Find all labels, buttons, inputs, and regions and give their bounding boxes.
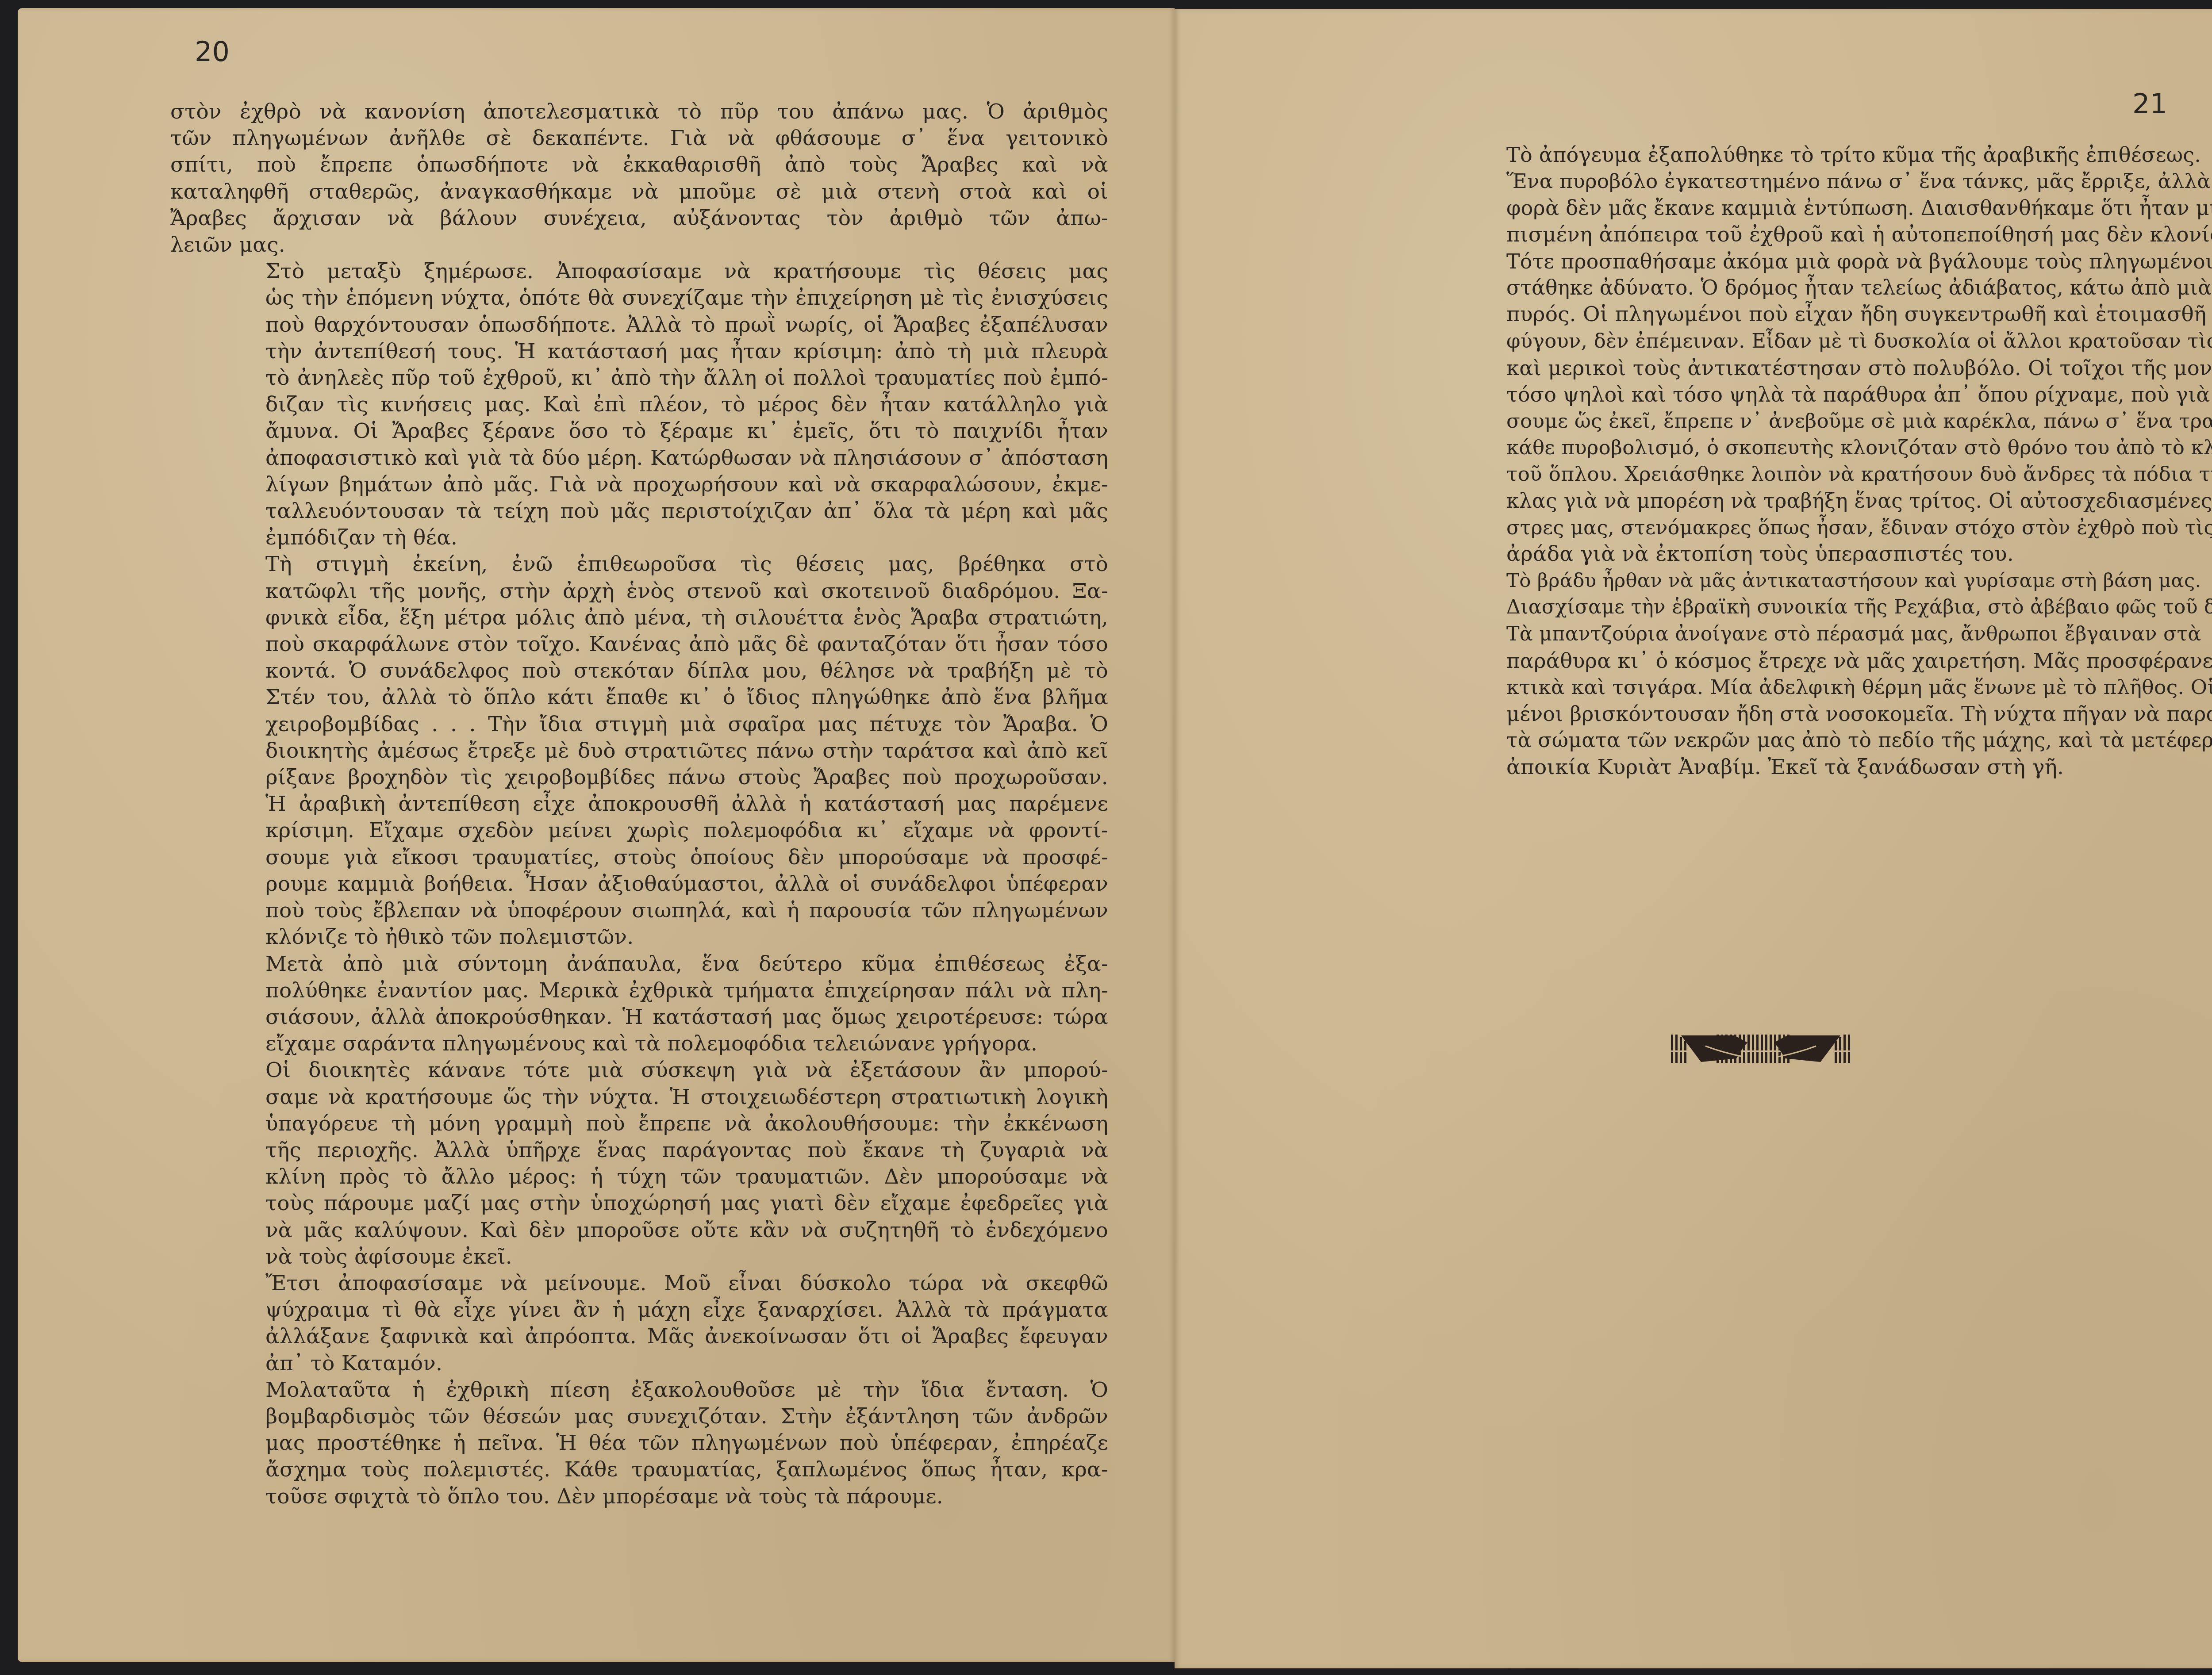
text-line: Ἕνα πυροβόλο ἐγκατεστημένο πάνω σ᾽ ἕνα τ… (1411, 168, 2201, 195)
text-line: λειῶν μας. (170, 232, 1108, 258)
text-line: ἀπ᾽ τὸ Καταμόν. (170, 1350, 1108, 1377)
text-line: κλας γιὰ νὰ μπορέση νὰ τραβήξη ἕνας τρίτ… (1411, 488, 2201, 514)
text-line: ρίξανε βροχηδὸν τὶς χειροβομβίδες πάνω σ… (170, 764, 1108, 791)
text-line: τὸ ἀνηλεὲς πῦρ τοῦ ἐχθροῦ, κι᾽ ἀπὸ τὴν ἄ… (170, 365, 1108, 391)
text-line: σουμε ὥς ἐκεῖ, ἔπρεπε ν᾽ ἀνεβοῦμε σὲ μιὰ… (1411, 408, 2201, 434)
text-line: ἄμυνα. Οἱ Ἄραβες ξέρανε ὅσο τὸ ξέραμε κι… (170, 418, 1108, 445)
text-line: τοῦσε σφιχτὰ τὸ ὅπλο του. Δὲν μπορέσαμε … (170, 1483, 1108, 1510)
text-line: ρουμε καμμιὰ βοήθεια. Ἦσαν ἀξιοθαύμαστοι… (170, 871, 1108, 897)
text-line: ποὺ τοὺς ἔβλεπαν νὰ ὑποφέρουν σιωπηλά, κ… (170, 897, 1108, 924)
text-line: Τότε προσπαθήσαμε ἀκόμα μιὰ φορὰ νὰ βγάλ… (1411, 248, 2201, 275)
text-line: λίγων βημάτων ἀπὸ μᾶς. Γιὰ νὰ προχωρήσου… (170, 471, 1108, 498)
paragraph: Τὸ ἀπόγευμα ἐξαπολύθηκε τὸ τρίτο κῦμα τῆ… (1411, 142, 2201, 567)
paragraph: Στὸ μεταξὺ ξημέρωσε. Ἀποφασίσαμε νὰ κρατ… (170, 258, 1108, 551)
text-line: ποὺ σκαρφάλωνε στὸν τοῖχο. Κανένας ἀπὸ μ… (170, 631, 1108, 658)
text-line: ποὺ θαρχόντουσαν ὁπωσδήποτε. Ἀλλὰ τὸ πρω… (170, 312, 1108, 338)
text-line: Τὸ ἀπόγευμα ἐξαπολύθηκε τὸ τρίτο κῦμα τῆ… (1411, 142, 2201, 168)
text-line: τοῦ ὅπλου. Χρειάσθηκε λοιπὸν νὰ κρατήσου… (1411, 461, 2201, 487)
text-line: κάθε πυροβολισμό, ὁ σκοπευτὴς κλονιζόταν… (1411, 434, 2201, 461)
text-line: πυρός. Οἱ πληγωμένοι ποὺ εἶχαν ἤδη συγκε… (1411, 301, 2201, 328)
text-line: φορὰ δὲν μᾶς ἔκανε καμμιὰ ἐντύπωση. Διαι… (1411, 195, 2201, 221)
paragraph: Μολαταῦτα ἡ ἐχθρικὴ πίεση ἐξακολουθοῦσε … (170, 1377, 1108, 1510)
text-line: ἄσχημα τοὺς πολεμιστές. Κάθε τραυματίας,… (170, 1457, 1108, 1483)
text-line: πολύθηκε ἐναντίον μας. Μερικὰ ἐχθρικὰ τμ… (170, 977, 1108, 1004)
text-line: εἴχαμε σαράντα πληγωμένους καὶ τὰ πολεμο… (170, 1031, 1108, 1057)
text-line: ἀράδα γιὰ νὰ ἐκτοπίση τοὺς ὑπερασπιστές … (1411, 541, 2201, 567)
paragraph: Τὴ στιγμὴ ἐκείνη, ἐνῶ ἐπιθεωροῦσα τὶς θέ… (170, 551, 1108, 951)
text-line: τῶν πληγωμένων ἀνῆλθε σὲ δεκαπέντε. Γιὰ … (170, 125, 1108, 152)
text-line: Μετὰ ἀπὸ μιὰ σύντομη ἀνάπαυλα, ἕνα δεύτε… (170, 951, 1108, 977)
text-line: σιάσουν, ἀλλὰ ἀποκρούσθηκαν. Ἡ κατάστασή… (170, 1004, 1108, 1031)
text-line: κοντά. Ὁ συνάδελφος ποὺ στεκόταν δίπλα μ… (170, 658, 1108, 684)
text-line: ἀλλάξανε ξαφνικὰ καὶ ἀπρόοπτα. Μᾶς ἀνεκο… (170, 1323, 1108, 1350)
text-line: ὑπαγόρευε τὴ μόνη γραμμὴ ποὺ ἔπρεπε νὰ ἀ… (170, 1111, 1108, 1137)
paragraph: στὸν ἐχθρὸ νὰ κανονίση ἀποτελεσματικὰ τὸ… (170, 99, 1108, 258)
text-line: στάθηκε ἀδύνατο. Ὁ δρόμος ἦταν τελείως ἀ… (1411, 275, 2201, 301)
left-page: 20 στὸν ἐχθρὸ νὰ κανονίση ἀποτελεσματικὰ… (18, 8, 1175, 1662)
text-line: τὰ σώματα τῶν νεκρῶν μας ἀπὸ τὸ πεδίο τῆ… (1411, 727, 2201, 754)
text-line: μας προστέθηκε ἡ πεῖνα. Ἡ θέα τῶν πληγωμ… (170, 1430, 1108, 1457)
laurel-leaf-tailpiece-icon (1670, 1033, 1851, 1065)
text-line: τόσο ψηλοὶ καὶ τόσο ψηλὰ τὰ παράθυρα ἀπ᾽… (1411, 381, 2201, 408)
right-page: 21 Τὸ ἀπόγευμα ἐξαπολύθηκε τὸ τρίτο κῦμα… (1175, 9, 2212, 1668)
text-line: μένοι βρισκόντουσαν ἤδη στὰ νοσοκομεῖα. … (1411, 701, 2201, 727)
text-line: Τὴ στιγμὴ ἐκείνη, ἐνῶ ἐπιθεωροῦσα τὶς θέ… (170, 551, 1108, 578)
text-line: Διασχίσαμε τὴν ἑβραϊκὴ συνοικία τῆς Ρεχά… (1411, 594, 2201, 621)
left-page-body-text: στὸν ἐχθρὸ νὰ κανονίση ἀποτελεσματικὰ τὸ… (170, 99, 1108, 1510)
text-line: χειροβομβίδας . . . Τὴν ἴδια στιγμὴ μιὰ … (170, 711, 1108, 738)
text-line: Στέν του, ἀλλὰ τὸ ὅπλο κάτι ἔπαθε κι᾽ ὁ … (170, 684, 1108, 711)
paragraph: Ἔτσι ἀποφασίσαμε νὰ μείνουμε. Μοῦ εἶναι … (170, 1270, 1108, 1377)
text-line: καταληφθῆ σταθερῶς, ἀναγκασθήκαμε νὰ μπο… (170, 179, 1108, 205)
paragraph: Τὰ μπαντζούρια ἀνοίγανε στὸ πέρασμά μας,… (1411, 621, 2201, 781)
text-line: Ἔτσι ἀποφασίσαμε νὰ μείνουμε. Μοῦ εἶναι … (170, 1270, 1108, 1297)
text-line: παράθυρα κι᾽ ὁ κόσμος ἔτρεχε νὰ μᾶς χαιρ… (1411, 648, 2201, 674)
book-spread: 20 στὸν ἐχθρὸ νὰ κανονίση ἀποτελεσματικὰ… (0, 0, 2212, 1675)
text-line: φνικὰ εἶδα, ἕξη μέτρα μόλις ἀπὸ μένα, τὴ… (170, 605, 1108, 631)
text-line: Τὸ βράδυ ἦρθαν νὰ μᾶς ἀντικαταστήσουν κα… (1411, 567, 2201, 594)
text-line: διζαν τὶς κινήσεις μας. Καὶ ἐπὶ πλέον, τ… (170, 391, 1108, 418)
text-line: καὶ μερικοὶ τοὺς ἀντικατέστησαν στὸ πολυ… (1411, 355, 2201, 381)
text-line: στὸν ἐχθρὸ νὰ κανονίση ἀποτελεσματικὰ τὸ… (170, 99, 1108, 125)
right-page-body-text: Τὸ ἀπόγευμα ἐξαπολύθηκε τὸ τρίτο κῦμα τῆ… (1411, 142, 2201, 781)
text-line: σουμε γιὰ εἴκοσι τραυματίες, στοὺς ὁποίο… (170, 844, 1108, 871)
text-line: κατῶφλι τῆς μονῆς, στὴν ἀρχὴ ἑνὸς στενοῦ… (170, 578, 1108, 605)
page-number-left: 20 (195, 35, 230, 68)
text-line: κλόνιζε τὸ ἠθικὸ τῶν πολεμιστῶν. (170, 924, 1108, 951)
text-line: Τὰ μπαντζούρια ἀνοίγανε στὸ πέρασμά μας,… (1411, 621, 2201, 648)
text-line: Οἱ διοικητὲς κάνανε τότε μιὰ σύσκεψη γιὰ… (170, 1057, 1108, 1084)
text-line: σαμε νὰ κρατήσουμε ὥς τὴν νύχτα. Ἡ στοιχ… (170, 1084, 1108, 1111)
text-line: Μολαταῦτα ἡ ἐχθρικὴ πίεση ἐξακολουθοῦσε … (170, 1377, 1108, 1403)
text-line: Στὸ μεταξὺ ξημέρωσε. Ἀποφασίσαμε νὰ κρατ… (170, 258, 1108, 285)
text-line: νὰ μᾶς καλύψουν. Καὶ δὲν μποροῦσε οὔτε κ… (170, 1217, 1108, 1244)
page-number-right: 21 (2132, 88, 2167, 120)
text-line: κτικὰ καὶ τσιγάρα. Μία ἀδελφικὴ θέρμη μᾶ… (1411, 674, 2201, 701)
text-line: βομβαρδισμὸς τῶν θέσεών μας συνεχιζόταν.… (170, 1403, 1108, 1430)
text-line: κρίσιμη. Εἴχαμε σχεδὸν μείνει χωρὶς πολε… (170, 817, 1108, 844)
text-line: ἀποφασιστικὸ καὶ γιὰ τὰ δύο μέρη. Κατώρθ… (170, 445, 1108, 471)
text-line: ταλλευόντουσαν τὰ τείχη ποὺ μᾶς περιστοί… (170, 498, 1108, 525)
text-line: ψύχραιμα τὶ θὰ εἶχε γίνει ἂν ἡ μάχη εἶχε… (170, 1297, 1108, 1323)
text-line: τοὺς πάρουμε μαζί μας στὴν ὑποχώρησή μας… (170, 1190, 1108, 1217)
text-line: ὡς τὴν ἑπόμενη νύχτα, ὁπότε θὰ συνεχίζαμ… (170, 285, 1108, 311)
text-line: διοικητὴς ἀμέσως ἔτρεξε μὲ δυὸ στρατιῶτε… (170, 738, 1108, 764)
paragraph: Τὸ βράδυ ἦρθαν νὰ μᾶς ἀντικαταστήσουν κα… (1411, 567, 2201, 621)
text-line: Ἄραβες ἄρχισαν νὰ βάλουν συνέχεια, αὐξάν… (170, 205, 1108, 232)
text-line: φύγουν, δὲν ἐπέμειναν. Εἶδαν μὲ τὶ δυσκο… (1411, 328, 2201, 354)
paragraph: Οἱ διοικητὲς κάνανε τότε μιὰ σύσκεψη γιὰ… (170, 1057, 1108, 1270)
text-line: νὰ τοὺς ἀφίσουμε ἐκεῖ. (170, 1244, 1108, 1270)
text-line: σπίτι, ποὺ ἔπρεπε ὁπωσδήποτε νὰ ἐκκαθαρι… (170, 152, 1108, 178)
text-line: ἐμπόδιζαν τὴ θέα. (170, 525, 1108, 551)
text-line: τῆς περιοχῆς. Ἀλλὰ ὑπῆρχε ἕνας παράγοντα… (170, 1137, 1108, 1164)
text-line: τὴν ἀντεπίθεσή τους. Ἡ κατάστασή μας ἦτα… (170, 338, 1108, 365)
text-line: Ἡ ἀραβικὴ ἀντεπίθεση εἶχε ἀποκρουσθῆ ἀλλ… (170, 791, 1108, 817)
text-line: ἀποικία Κυριὰτ Ἀναβίμ. Ἐκεῖ τὰ ξανάδωσαν… (1411, 754, 2201, 781)
paragraph: Μετὰ ἀπὸ μιὰ σύντομη ἀνάπαυλα, ἕνα δεύτε… (170, 951, 1108, 1058)
text-line: στρες μας, στενόμακρες ὅπως ἦσαν, ἔδιναν… (1411, 514, 2201, 541)
text-line: πισμένη ἀπόπειρα τοῦ ἐχθροῦ καὶ ἡ αὐτοπε… (1411, 222, 2201, 248)
text-line: κλίνη πρὸς τὸ ἄλλο μέρος: ἡ τύχη τῶν τρα… (170, 1164, 1108, 1190)
